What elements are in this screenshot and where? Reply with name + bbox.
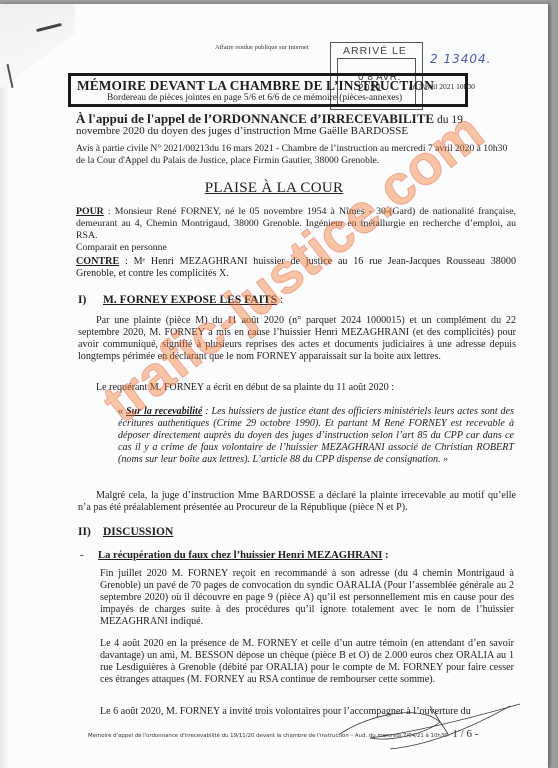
appeal-title-bold: À l'appui de l'appel de l’ORDONNANCE d’I… [76,111,434,126]
comparait-text: Comparait en personne [76,242,167,253]
document-page: Affaire rendue publique sur Internet ARR… [0,4,548,768]
hearing-date: au 7 avril 2021 10h30 [409,82,475,91]
subsection-heading: -La récupération du faux chez l’huissier… [80,550,389,561]
pour-label: POUR [76,206,104,217]
section-2-title: DISCUSSION [103,526,173,538]
title-box: MÉMOIRE DEVANT LA CHAMBRE DE L’INSTRUCTI… [68,73,468,107]
public-note: Affaire rendue publique sur Internet [215,44,309,51]
subsection-dash: - [80,550,98,561]
section-2-heading: II)DISCUSSION [78,526,173,538]
appeal-subtitle: novembre 2020 du doyen des juges d’instr… [76,125,408,137]
signature-scribble-icon [330,694,530,768]
document-subtitle: Bordereau de pièces jointes en page 5/6 … [107,93,402,103]
section-1-number: I) [78,294,103,306]
subsection-colon: : [382,550,388,561]
handwritten-reference: 2 13404. [430,52,491,66]
subsection-title: La récupération du faux chez l’huissier … [98,550,382,561]
plaise-heading: PLAISE À LA COUR [0,180,548,197]
section-2-para-2: Le 4 août 2020 en la présence de M. FORN… [100,638,514,686]
section-2-para-1: Fin juillet 2020 M. FORNEY reçoit en rec… [100,568,514,628]
contre-label: CONTRE [76,256,119,267]
quote-block: « Sur la recevabilité : Les huissiers de… [118,406,514,466]
document-title: MÉMOIRE DEVANT LA CHAMBRE DE L’INSTRUCTI… [77,78,434,94]
page-edge-shadow [0,4,10,768]
section-1-para-3: Malgré cela, la juge d’instruction Mme B… [78,490,516,514]
section-2-number: II) [78,526,103,538]
stamp-label: ARRIVÉ LE [343,45,407,57]
